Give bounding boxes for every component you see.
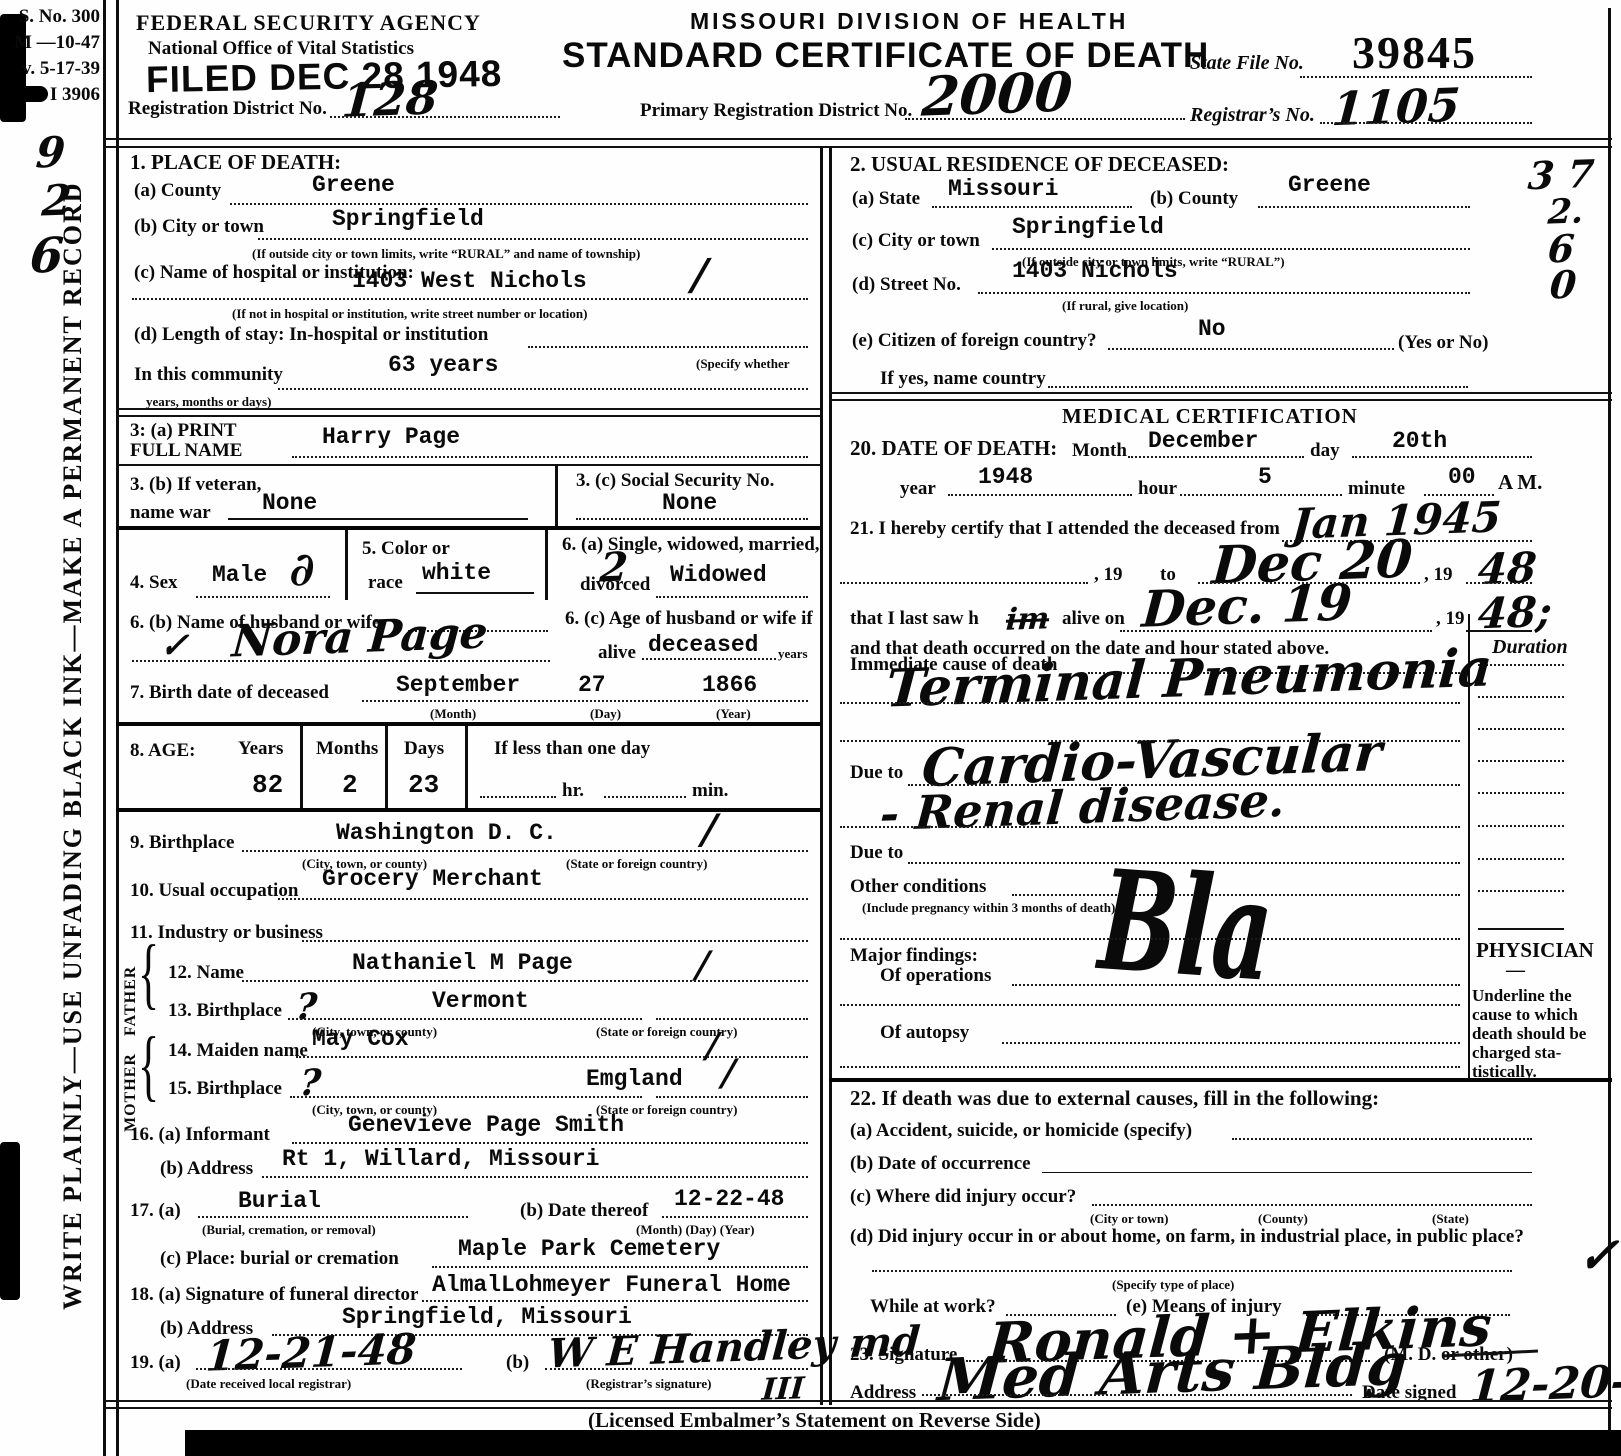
rule xyxy=(116,464,820,466)
state-file-label: State File No. xyxy=(1190,52,1304,75)
rule xyxy=(1048,386,1468,388)
rule xyxy=(1012,984,1460,986)
hospital-hint: (If not in hospital or institution, writ… xyxy=(232,306,587,322)
while-at-work-label: While at work? xyxy=(870,1296,996,1318)
rule xyxy=(922,1394,1352,1396)
rule xyxy=(278,388,808,390)
physician-column-heading: PHYSICIAN xyxy=(1476,938,1594,963)
last-saw-19-label: , 19 xyxy=(1436,608,1465,630)
sex-value: Male xyxy=(212,562,267,588)
age-col-days: Days xyxy=(404,738,444,760)
ssn-label: 3. (c) Social Security No. xyxy=(576,470,774,492)
rule xyxy=(242,850,808,852)
rule xyxy=(604,796,686,798)
rule xyxy=(829,1078,1612,1082)
residence-city-value: Springfield xyxy=(1012,214,1164,240)
residence-county-value: Greene xyxy=(1288,172,1371,198)
sex-handwriting: ∂ xyxy=(288,541,316,596)
rule xyxy=(1180,494,1342,496)
rule xyxy=(465,726,468,808)
community-value: 63 years xyxy=(388,352,498,378)
rule xyxy=(116,0,119,1456)
birthplace-label: 9. Birthplace xyxy=(130,832,235,854)
medical-certification-heading: MEDICAL CERTIFICATION xyxy=(1062,404,1358,429)
check-handwriting: ✓ xyxy=(1576,1227,1620,1285)
street-value: 1403 Nichols xyxy=(1012,258,1178,284)
rule xyxy=(840,1004,1460,1006)
dod-month-label: Month xyxy=(1072,440,1127,462)
rule xyxy=(103,138,1612,140)
father-birthplace-label: 13. Birthplace xyxy=(168,1000,282,1022)
rule xyxy=(656,596,808,598)
burial-place-value: Maple Park Cemetery xyxy=(458,1236,720,1262)
rule xyxy=(1120,630,1432,632)
rule xyxy=(1478,760,1564,762)
injury-city-hint: (City or town) xyxy=(1090,1211,1168,1227)
rule xyxy=(642,658,776,660)
hr-label: hr. xyxy=(562,780,584,802)
margin-code-handwriting: 0 xyxy=(1548,261,1578,307)
rule xyxy=(480,796,556,798)
marital-handwriting: 2 xyxy=(598,543,629,591)
rule xyxy=(1128,456,1304,458)
father-name-value: Nathaniel M Page xyxy=(352,950,573,976)
city-label: (b) City or town xyxy=(134,216,264,238)
specify-whether-hint: (Specify whether xyxy=(696,356,790,372)
injury-place-hint: (Specify type of place) xyxy=(1112,1277,1234,1293)
county-label: (a) County xyxy=(134,180,221,202)
rule xyxy=(840,938,1460,940)
rule xyxy=(1300,76,1532,78)
rule xyxy=(555,464,558,526)
father-name-label: 12. Name xyxy=(168,962,244,984)
rule xyxy=(432,1266,808,1268)
dod-hour-value: 5 xyxy=(1258,464,1272,490)
operations-label: Of operations xyxy=(880,965,991,987)
rule xyxy=(228,518,528,520)
received-date-hint: (Date received local registrar) xyxy=(186,1376,351,1392)
mother-birthplace-label: 15. Birthplace xyxy=(168,1078,282,1100)
rule xyxy=(300,726,303,808)
age-label: 8. AGE: xyxy=(130,740,195,762)
rule xyxy=(829,146,832,1405)
certify-to-year-value: 48 xyxy=(1476,543,1538,594)
received-date-value: 12-21-48 xyxy=(204,1324,418,1380)
rule xyxy=(116,526,820,530)
rule xyxy=(1478,728,1564,730)
last-saw-strike: im xyxy=(1005,601,1051,638)
dod-minute-value: 00 xyxy=(1448,464,1476,490)
rule xyxy=(132,660,550,662)
rule xyxy=(545,1368,808,1370)
spouse-age-label: 6. (c) Age of husband or wife if xyxy=(565,608,813,630)
rule xyxy=(872,1270,1512,1272)
rule xyxy=(288,1018,642,1020)
rule xyxy=(345,530,348,600)
day-hint: (Day) xyxy=(590,706,621,722)
injury-where-label: (c) Where did injury occur? xyxy=(850,1186,1076,1208)
occupation-value: Grocery Merchant xyxy=(322,866,543,892)
rule xyxy=(656,1018,808,1020)
rule xyxy=(1320,122,1532,124)
mother-brace: { xyxy=(138,1020,159,1112)
rule xyxy=(1478,928,1564,930)
informant-value: Genevieve Page Smith xyxy=(348,1112,624,1138)
veteran-label: 3. (b) If veteran, xyxy=(130,474,261,496)
rule xyxy=(829,392,1612,394)
rule xyxy=(1466,582,1532,584)
city-value: Springfield xyxy=(332,206,484,232)
mother-name-handwriting: / xyxy=(705,1026,720,1067)
residence-city-label: (c) City or town xyxy=(852,230,980,252)
rule xyxy=(116,722,820,726)
color-race-label: 5. Color or xyxy=(362,538,450,560)
scan-artifact xyxy=(14,86,48,102)
citizen-value: No xyxy=(1198,316,1226,342)
hospital-handwriting: / xyxy=(690,250,709,300)
length-of-stay-label: (d) Length of stay: In-hospital or insti… xyxy=(134,324,488,346)
dod-month-value: December xyxy=(1148,428,1258,454)
rule xyxy=(292,456,808,458)
physician-note: Underline the cause to which death shoul… xyxy=(1472,986,1610,1081)
age-days-value: 23 xyxy=(408,770,439,800)
rule xyxy=(290,1096,642,1098)
form-number: v. 5-17-39 xyxy=(4,58,100,80)
rule xyxy=(1002,1042,1460,1044)
physician-dash: — xyxy=(1506,960,1525,982)
age-years-value: 82 xyxy=(252,770,283,800)
dod-ampm-label: A M. xyxy=(1498,470,1542,495)
place-of-death-heading: 1. PLACE OF DEATH: xyxy=(130,150,341,175)
rule xyxy=(116,415,820,417)
agency-name: FEDERAL SECURITY AGENCY xyxy=(136,10,481,36)
rule xyxy=(230,203,808,205)
rule xyxy=(662,1216,808,1218)
rule xyxy=(1478,890,1564,892)
registrar-signature-label: (b) xyxy=(506,1352,529,1374)
min-label: min. xyxy=(692,780,728,802)
spouse-age-value: deceased xyxy=(648,632,758,658)
age-col-years: Years xyxy=(238,738,283,760)
age-col-months: Months xyxy=(316,738,378,760)
rule xyxy=(1092,1204,1532,1206)
rule xyxy=(196,1368,462,1370)
funeral-director-value: AlmalLohmeyer Funeral Home xyxy=(432,1272,791,1298)
spouse-name-value: Nora Page xyxy=(230,607,489,667)
hospital-value: 1403 West Nichols xyxy=(352,268,587,294)
street-label: (d) Street No. xyxy=(852,274,961,296)
rule xyxy=(840,1066,1460,1068)
rule xyxy=(103,146,1612,148)
birthdate-year-value: 1866 xyxy=(702,672,757,698)
rule xyxy=(103,0,106,1456)
mother-name-value: May Cox xyxy=(312,1026,409,1052)
rule xyxy=(992,248,1470,250)
accident-label: (a) Accident, suicide, or homicide (spec… xyxy=(850,1120,1192,1142)
last-saw-mid-label: alive on xyxy=(1062,608,1125,630)
filed-stamp: FILED DEC 28 1948 xyxy=(146,53,503,101)
residence-state-value: Missouri xyxy=(948,176,1058,202)
rule xyxy=(932,206,1132,208)
rule xyxy=(1478,858,1564,860)
rule xyxy=(545,530,548,600)
rule xyxy=(840,826,1460,828)
last-saw-label: that I last saw h xyxy=(850,608,979,630)
ssn-value: None xyxy=(662,490,717,516)
rule xyxy=(1108,348,1394,350)
document-title: STANDARD CERTIFICATE OF DEATH xyxy=(562,36,1209,76)
scan-artifact xyxy=(185,1430,1621,1456)
age-months-value: 2 xyxy=(342,770,358,800)
rule xyxy=(258,238,808,240)
rule xyxy=(1478,792,1564,794)
registrar-signature-hint: (Registrar’s signature) xyxy=(586,1376,712,1392)
burial-place-label: (c) Place: burial or cremation xyxy=(160,1248,399,1270)
date-of-death-label: 20. DATE OF DEATH: xyxy=(850,436,1057,461)
margin-handwriting: 9 xyxy=(34,127,67,177)
veteran-value: None xyxy=(262,490,317,516)
other-conditions-hint: (Include pregnancy within 3 months of de… xyxy=(862,900,1115,916)
dod-day-label: day xyxy=(1310,440,1340,462)
rule xyxy=(262,1176,808,1178)
rule xyxy=(292,1142,808,1144)
rule xyxy=(385,726,388,808)
due-to-1-label: Due to xyxy=(850,762,903,784)
other-conditions-label: Other conditions xyxy=(850,876,986,898)
rule xyxy=(829,399,1612,401)
year-hint: (Year) xyxy=(716,706,751,722)
rule xyxy=(242,980,808,982)
marital-value: Widowed xyxy=(670,562,767,588)
community-label: In this community xyxy=(134,364,283,386)
dod-day-value: 20th xyxy=(1392,428,1447,454)
rule xyxy=(416,592,534,594)
rule xyxy=(1258,206,1470,208)
month-hint: (Month) xyxy=(430,706,476,722)
residence-state-label: (a) State xyxy=(852,188,920,210)
full-name-value: Harry Page xyxy=(322,424,460,450)
duration-column-heading: Duration xyxy=(1492,636,1568,659)
external-causes-heading: 22. If death was due to external causes,… xyxy=(850,1086,1379,1111)
birthplace-value: Washington D. C. xyxy=(336,820,557,846)
citizen-hint: (Yes or No) xyxy=(1398,332,1488,354)
registrar-signature-flourish: III xyxy=(761,1371,806,1408)
rule xyxy=(1478,696,1564,698)
rule xyxy=(198,1216,468,1218)
rule xyxy=(196,596,330,598)
birthdate-month-value: September xyxy=(396,672,520,698)
registrar-number-label: Registrar’s No. xyxy=(1190,104,1315,127)
rule xyxy=(103,1400,1612,1402)
rule xyxy=(1042,1172,1532,1173)
father-birthplace-value: Vermont xyxy=(432,988,529,1014)
injury-county-hint: (County) xyxy=(1258,1211,1308,1227)
rule xyxy=(1232,1138,1532,1140)
form-number: S. No. 300 xyxy=(4,6,100,28)
autopsy-label: Of autopsy xyxy=(880,1022,969,1044)
rule xyxy=(132,298,808,300)
mother-birthplace-handwriting2: / xyxy=(721,1052,737,1095)
rule xyxy=(362,700,808,702)
rule xyxy=(820,146,823,1405)
dod-year-value: 1948 xyxy=(978,464,1033,490)
spouse-age-label2: alive xyxy=(598,642,636,664)
color-race-label2: race xyxy=(368,572,403,594)
informant-address-value: Rt 1, Willard, Missouri xyxy=(282,1146,599,1172)
father-birthplace-handwriting: ? xyxy=(295,986,319,1029)
rule xyxy=(528,346,808,348)
print-name-label2: FULL NAME xyxy=(130,440,242,462)
major-findings-label: Major findings: xyxy=(850,945,978,967)
city-hint: (If outside city or town limits, write “… xyxy=(252,246,640,262)
citizen-label: (e) Citizen of foreign country? xyxy=(852,330,1096,352)
death-certificate-scan: S. No. 300 M —10-47 v. 5-17-39 I 3906 9 … xyxy=(0,0,1621,1456)
rule xyxy=(1478,825,1564,827)
scan-artifact xyxy=(0,1142,20,1300)
veteran-label2: name war xyxy=(130,502,211,524)
certify-to-19-label: , 19 xyxy=(1424,564,1453,586)
dod-hour-label: hour xyxy=(1138,478,1177,500)
primary-district-label: Primary Registration District No. xyxy=(640,100,912,122)
rule xyxy=(576,518,808,520)
disposition-date-value: 12-22-48 xyxy=(674,1186,784,1212)
informant-address-label: (b) Address xyxy=(160,1158,253,1180)
injury-place-label: (d) Did injury occur in or about home, o… xyxy=(850,1226,1524,1248)
sex-label: 4. Sex xyxy=(130,572,178,594)
rule xyxy=(1466,630,1532,632)
rule xyxy=(116,408,820,410)
disposition-label: 17. (a) xyxy=(130,1200,181,1222)
rule xyxy=(1608,8,1611,1432)
mother-name-label: 14. Maiden name xyxy=(168,1040,308,1062)
street-hint: (If rural, give location) xyxy=(1062,298,1188,314)
rule xyxy=(840,582,1088,584)
embalmer-footer: (Licensed Embalmer’s Statement on Revers… xyxy=(588,1408,1041,1433)
birthplace-hint2: (State or foreign country) xyxy=(566,856,707,872)
mother-birthplace-value: Emgland xyxy=(586,1066,683,1092)
birthplace-handwriting: / xyxy=(700,806,718,854)
birthdate-day-value: 27 xyxy=(578,672,606,698)
form-number: M —10-47 xyxy=(4,32,100,54)
birthdate-label: 7. Birth date of deceased xyxy=(130,682,329,704)
disposition-value: Burial xyxy=(238,1188,321,1214)
registration-district-value: 128 xyxy=(340,70,440,128)
rule xyxy=(978,292,1470,294)
rule xyxy=(656,1096,808,1098)
rule xyxy=(278,898,808,900)
division-title: MISSOURI DIVISION OF HEALTH xyxy=(690,8,1128,35)
date-signed-value: 12-20-48 xyxy=(1468,1354,1621,1413)
disposition-hint: (Burial, cremation, or removal) xyxy=(202,1222,376,1238)
occurrence-date-label: (b) Date of occurrence xyxy=(850,1153,1031,1175)
county-value: Greene xyxy=(312,172,395,198)
rule xyxy=(330,116,560,118)
name-country-label: If yes, name country xyxy=(880,368,1046,390)
funeral-director-label: 18. (a) Signature of funeral director xyxy=(130,1284,418,1306)
rule xyxy=(422,1300,808,1302)
occupation-label: 10. Usual occupation xyxy=(130,880,298,902)
margin-instruction: WRITE PLAINLY—USE UNFADING BLACK INK—MAK… xyxy=(58,181,88,1310)
spouse-age-suffix: years xyxy=(778,646,808,662)
print-name-label: 3: (a) PRINT xyxy=(130,420,237,442)
rule xyxy=(840,702,1460,704)
due-to-2-label: Due to xyxy=(850,842,903,864)
injury-state-hint: (State) xyxy=(1432,1211,1469,1227)
residence-heading: 2. USUAL RESIDENCE OF DECEASED: xyxy=(850,152,1229,177)
dod-year-label: year xyxy=(900,478,936,500)
residence-county-label: (b) County xyxy=(1150,188,1238,210)
informant-label: 16. (a) Informant xyxy=(130,1124,270,1146)
mother-birthplace-handwriting: ? xyxy=(299,1062,323,1105)
rule xyxy=(905,118,1185,120)
rule xyxy=(302,940,808,942)
age-col-lessday: If less than one day xyxy=(494,738,650,760)
registrar-number-value: 1105 xyxy=(1330,78,1462,137)
certify-19-label: , 19 xyxy=(1094,564,1123,586)
last-saw-value: Dec. 19 xyxy=(1140,572,1354,639)
received-date-label: 19. (a) xyxy=(130,1352,181,1374)
state-file-value: 39845 xyxy=(1352,26,1477,79)
rule xyxy=(948,494,1132,496)
physician-scrawl: Bla xyxy=(1095,839,1278,1013)
father-brace: { xyxy=(138,928,159,1020)
disposition-date-label: (b) Date thereof xyxy=(520,1200,648,1222)
color-race-value: white xyxy=(422,560,491,586)
registration-district-label: Registration District No. xyxy=(128,98,327,120)
rule xyxy=(1352,456,1532,458)
